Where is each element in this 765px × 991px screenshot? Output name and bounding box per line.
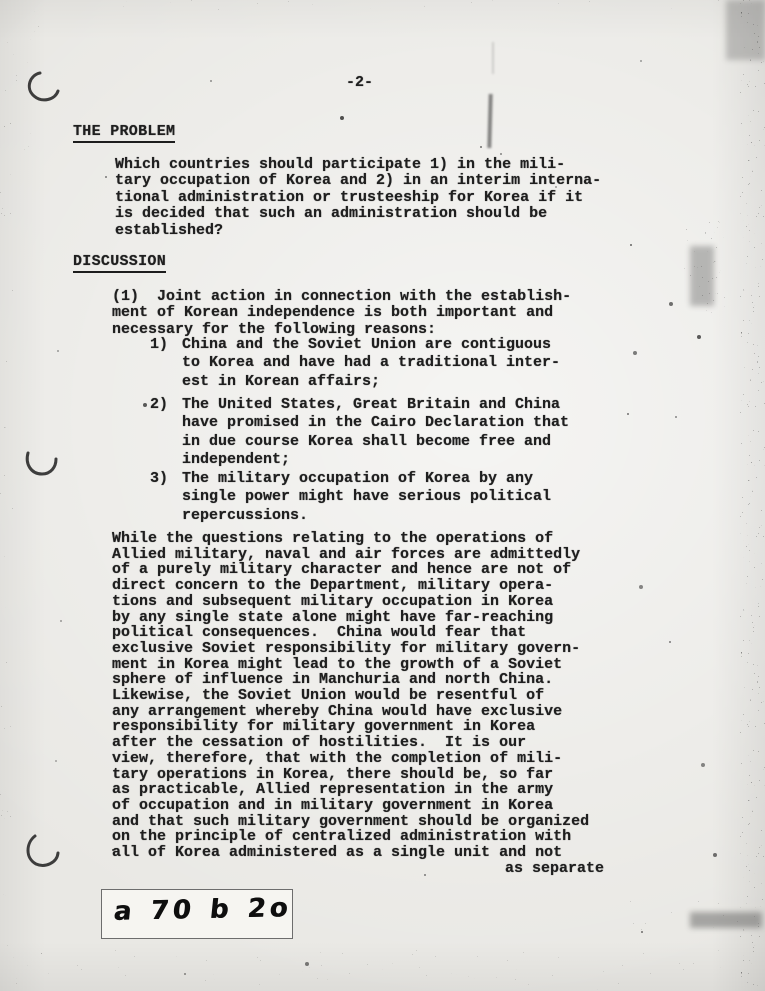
hole-punch-mark (28, 836, 58, 865)
analysis-paragraph: While the questions relating to the oper… (112, 531, 589, 861)
smear-right (690, 246, 714, 306)
hole-punch-mark (27, 453, 56, 474)
scan-smudge-faint (492, 42, 494, 74)
grain-cluster-right (684, 220, 726, 315)
grain-bottom-right (600, 898, 765, 934)
reason-number: 3) (150, 470, 182, 525)
grain-top-edge (0, 0, 765, 10)
discussion-intro-paragraph: (1) Joint action in connection with the … (112, 289, 571, 338)
scan-specks (0, 0, 2, 2)
document-page: -2- THE PROBLEM Which countries should p… (0, 0, 765, 991)
problem-paragraph: Which countries should participate 1) in… (115, 157, 601, 239)
grain-top-left (0, 0, 40, 150)
reason-item-2: 2) The United States, Great Britain and … (150, 396, 569, 470)
section-heading-problem: THE PROBLEM (73, 123, 175, 143)
hole-punch-mark (29, 73, 58, 100)
reason-number: 2) (150, 396, 182, 470)
reason-text: The military occupation of Korea by any … (182, 470, 551, 525)
smear-top-right (726, 0, 765, 60)
grain-left-edge (0, 0, 14, 991)
scan-smudge (487, 94, 492, 148)
carryover-text: as separate (505, 861, 604, 877)
reason-text: China and the Soviet Union are contiguou… (182, 336, 560, 391)
reason-item-1: 1) China and the Soviet Union are contig… (150, 336, 560, 391)
grain-bottom-edge (0, 950, 765, 991)
grain-right-edge (740, 0, 765, 991)
reason-text: The United States, Great Britain and Chi… (182, 396, 569, 470)
section-heading-discussion: DISCUSSION (73, 253, 166, 273)
smear-bottom-right (690, 912, 762, 928)
reason-item-3: 3) The military occupation of Korea by a… (150, 470, 551, 525)
reason-number: 1) (150, 336, 182, 391)
section-heading-problem-text: THE PROBLEM (73, 123, 175, 143)
section-heading-discussion-text: DISCUSSION (73, 253, 166, 273)
archive-stamp-box: a 70 b 2o (101, 889, 293, 939)
page-number: -2- (346, 75, 373, 91)
archive-stamp-text: a 70 b 2o (112, 893, 293, 927)
